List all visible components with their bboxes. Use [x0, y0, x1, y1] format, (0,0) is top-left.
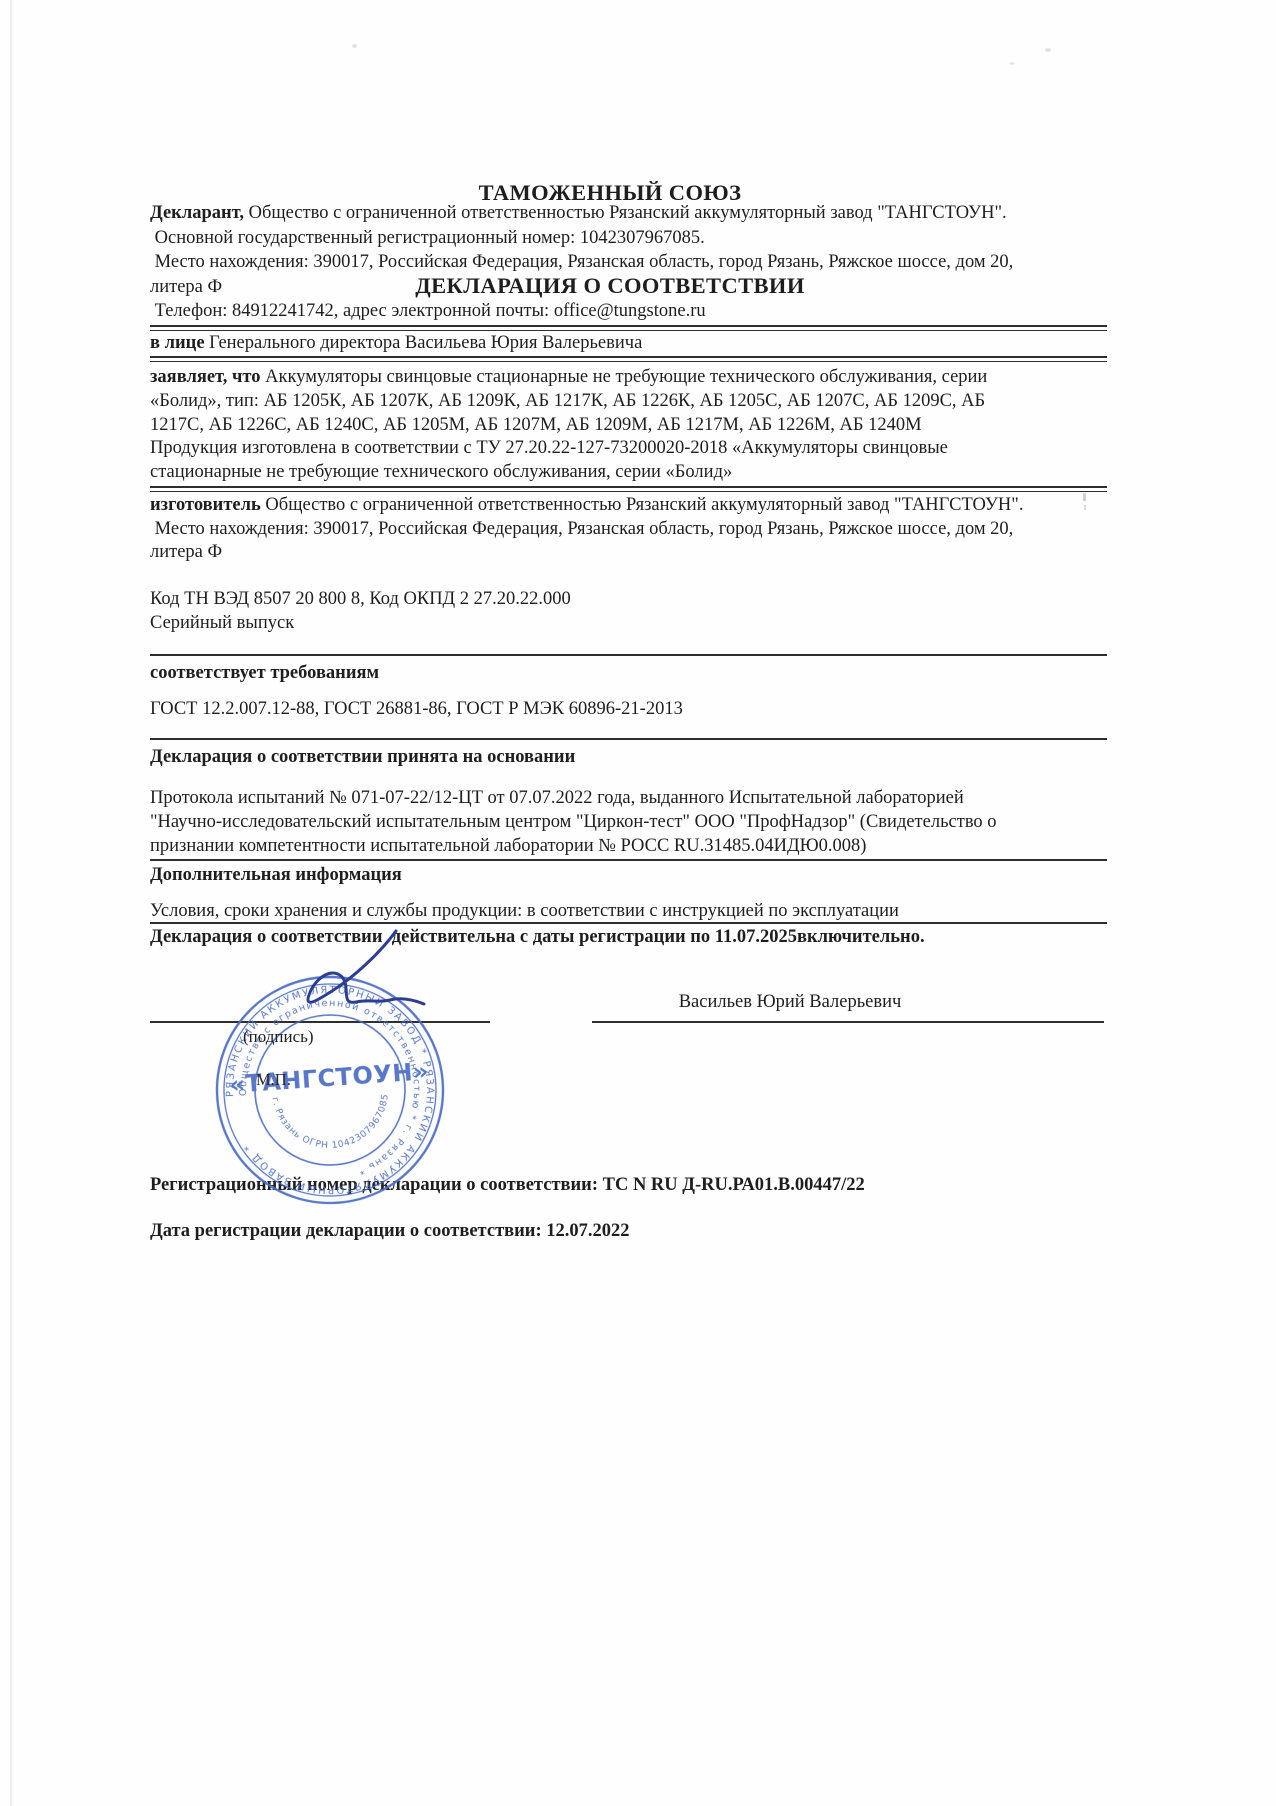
representative-label: в лице — [150, 333, 205, 353]
manufacturer-address-2: литера Ф — [150, 541, 1023, 565]
signer-name: Васильев Юрий Валерьевич — [565, 992, 1015, 1013]
declarant-address-1: Место нахождения: 390017, Российская Фед… — [150, 250, 1013, 275]
separator-line — [150, 325, 1107, 331]
declarant-label: Декларант, — [150, 203, 244, 223]
registration-date-line: Дата регистрации декларации о соответств… — [150, 1221, 630, 1242]
standards-line: ГОСТ 12.2.007.12-88, ГОСТ 26881-86, ГОСТ… — [150, 699, 683, 720]
document-page: ТАМОЖЕННЫЙ СОЮЗ ДЕКЛАРАЦИЯ О СООТВЕТСТВИ… — [0, 0, 1276, 1806]
separator-line — [150, 922, 1107, 924]
scan-artifact — [1083, 493, 1086, 501]
declares-line-1: заявляет, что Аккумуляторы свинцовые ста… — [150, 366, 987, 390]
signature-caption: (подпись) — [243, 1027, 314, 1047]
scan-artifact — [1045, 48, 1051, 52]
declarant-line: Декларант, Общество с ограниченной ответ… — [150, 201, 1013, 226]
handwritten-signature — [278, 925, 453, 1025]
scan-edge-shadow — [10, 0, 12, 1806]
declarant-phone: Телефон: 84912241742, адрес электронной … — [150, 299, 1013, 324]
declarant-section: Декларант, Общество с ограниченной ответ… — [150, 201, 1013, 324]
manufacturer-line: изготовитель Общество с ограниченной отв… — [150, 494, 1023, 518]
manufacturer-section: изготовитель Общество с ограниченной отв… — [150, 494, 1023, 565]
scan-artifact — [1010, 62, 1014, 65]
representative-line: в лице Генерального директора Васильева … — [150, 333, 642, 354]
svg-text:г. Рязань ОГРН 1042307967085: г. Рязань ОГРН 1042307967085 — [269, 1089, 394, 1156]
basis-line-3: признании компетентности испытательной л… — [150, 834, 997, 858]
separator-line — [150, 859, 1107, 861]
manufacturer-label: изготовитель — [150, 495, 261, 515]
mp-label: М.П. — [256, 1070, 291, 1090]
tnved-okpd-line: Код ТН ВЭД 8507 20 800 8, Код ОКПД 2 27.… — [150, 588, 571, 612]
declares-line-5: стационарные не требующие технического о… — [150, 461, 987, 485]
basis-line-2: "Научно-исследовательский испытательным … — [150, 810, 997, 834]
basis-heading: Декларация о соответствии принята на осн… — [150, 747, 575, 768]
declares-intro: Аккумуляторы свинцовые стационарные не т… — [261, 367, 988, 387]
storage-conditions-line: Условия, сроки хранения и службы продукц… — [150, 901, 899, 922]
separator-line — [150, 356, 1107, 362]
basis-line-1: Протокола испытаний № 071-07-22/12-ЦТ от… — [150, 786, 997, 810]
declarant-intro: Общество с ограниченной ответственностью… — [244, 203, 1007, 223]
declarant-ogrn: Основной государственный регистрационный… — [150, 226, 1013, 251]
additional-info-heading: Дополнительная информация — [150, 865, 402, 886]
basis-section: Протокола испытаний № 071-07-22/12-ЦТ от… — [150, 786, 997, 858]
separator-line — [150, 654, 1107, 656]
codes-section: Код ТН ВЭД 8507 20 800 8, Код ОКПД 2 27.… — [150, 588, 571, 635]
representative-text: Генерального директора Васильева Юрия Ва… — [205, 333, 643, 353]
scan-artifact — [1084, 505, 1086, 510]
manufacturer-intro: Общество с ограниченной ответственностью… — [261, 495, 1024, 515]
separator-line — [150, 738, 1107, 740]
declares-label: заявляет, что — [150, 367, 261, 387]
stamp-ogrn-arc-text: г. Рязань ОГРН 1042307967085 — [269, 1089, 394, 1156]
manufacturer-address-1: Место нахождения: 390017, Российская Фед… — [150, 518, 1023, 542]
serial-production-line: Серийный выпуск — [150, 612, 571, 636]
scan-artifact — [352, 44, 357, 48]
declarant-address-2: литера Ф — [150, 275, 1013, 300]
conformity-heading: соответствует требованиям — [150, 663, 379, 684]
declaration-subject-section: заявляет, что Аккумуляторы свинцовые ста… — [150, 366, 987, 485]
validity-line: Декларация о соответствии действительна … — [150, 927, 925, 948]
declares-line-2: «Болид», тип: АБ 1205К, АБ 1207К, АБ 120… — [150, 390, 987, 414]
signature-stroke — [308, 931, 424, 1004]
separator-line — [150, 486, 1107, 492]
signer-name-line — [592, 1021, 1104, 1023]
declares-line-3: 1217С, АБ 1226С, АБ 1240С, АБ 1205М, АБ … — [150, 414, 987, 438]
declares-line-4: Продукция изготовлена в соответствии с Т… — [150, 437, 987, 461]
